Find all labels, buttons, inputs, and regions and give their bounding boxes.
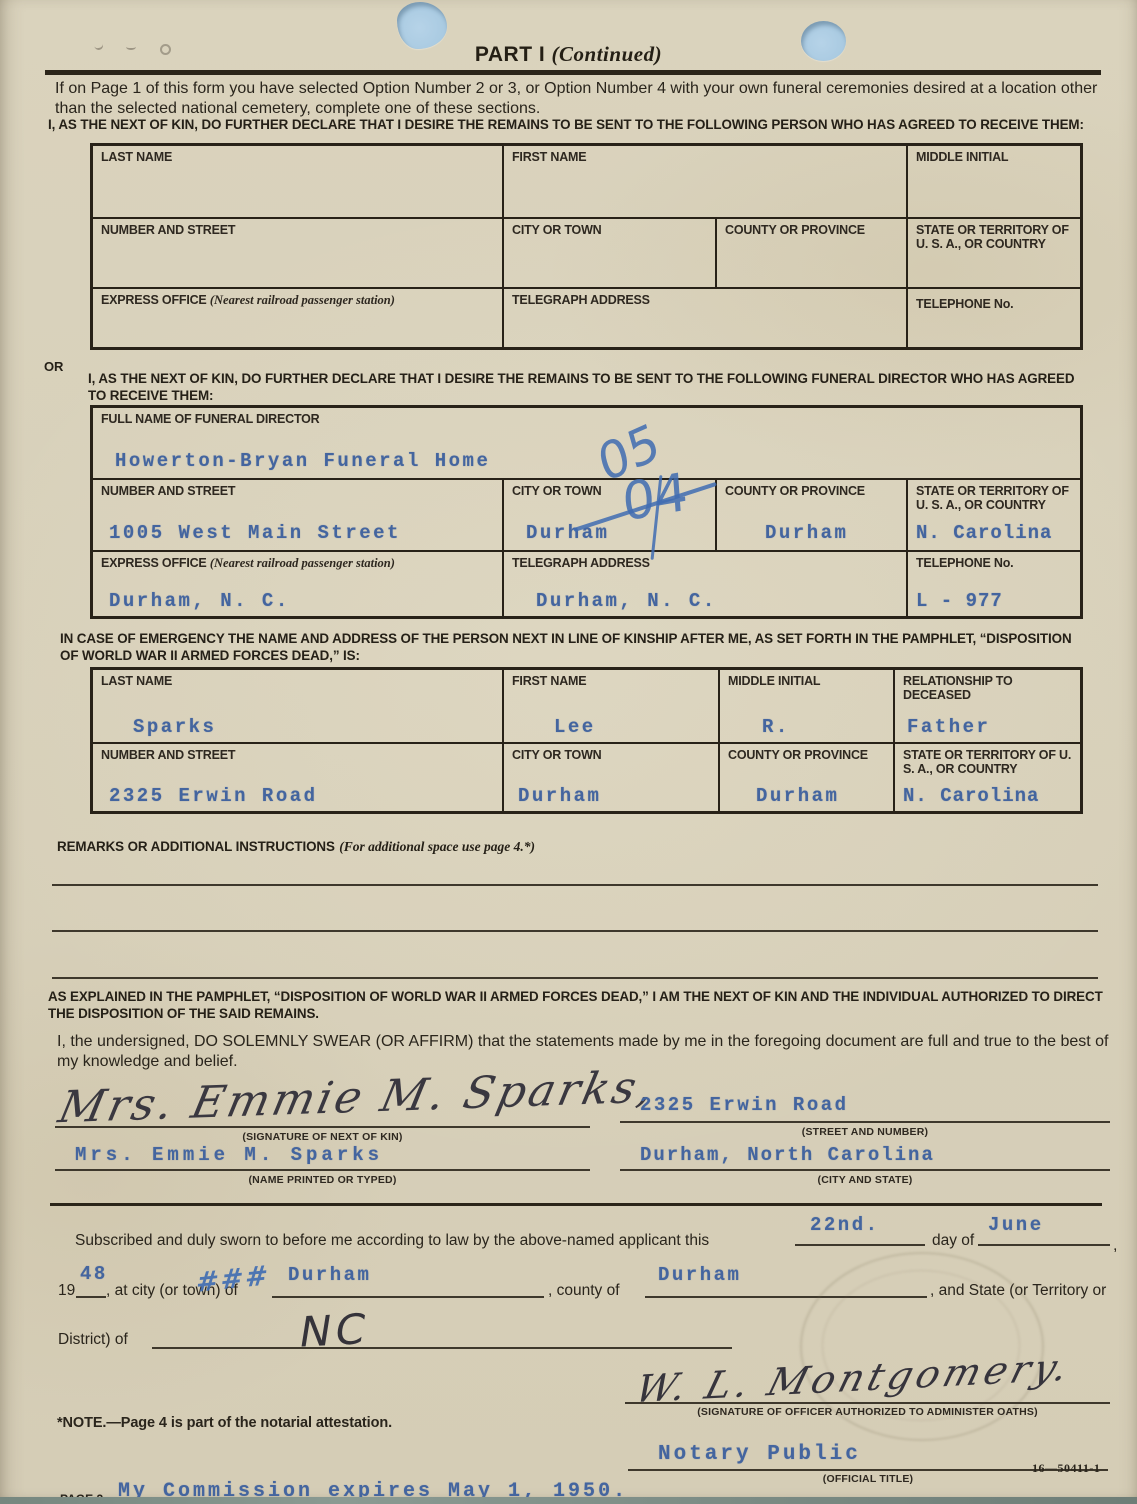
scanned-form-page: PART I (Continued) If on Page 1 of this …	[0, 0, 1137, 1504]
notary-county-value: Durham	[658, 1264, 741, 1286]
section-rule	[50, 1203, 1102, 1206]
city-line	[620, 1169, 1110, 1171]
last-name-label: LAST NAME	[101, 151, 494, 165]
next-of-kin-signature: Mrs. Emmie M. Sparks,	[54, 1062, 661, 1134]
year-line	[76, 1296, 106, 1298]
county-province-label: COUNTY OR PROVINCE	[725, 485, 898, 499]
day-value: 22nd.	[810, 1214, 880, 1236]
official-title-value: Notary Public	[658, 1443, 861, 1466]
street-caption: (STREET AND NUMBER)	[620, 1126, 1110, 1138]
relationship-label: RELATIONSHIP TO DECEASED	[903, 675, 1023, 702]
number-street-label: NUMBER AND STREET	[101, 485, 494, 499]
declaration-director: I, AS THE NEXT OF KIN, DO FURTHER DECLAR…	[88, 371, 1090, 404]
kin-city-value: Durham	[512, 785, 710, 807]
express-office-note: (Nearest railroad passenger station)	[210, 293, 395, 307]
remarks-line	[52, 930, 1098, 932]
remarks-line	[52, 977, 1098, 979]
or-label: OR	[44, 359, 63, 376]
name-line	[55, 1169, 590, 1171]
day-line	[795, 1244, 925, 1246]
month-value: June	[988, 1214, 1044, 1236]
form-number: 16—50411-1	[1032, 1461, 1100, 1476]
kin-street-value: 2325 Erwin Road	[101, 785, 494, 807]
director-state-value: N. Carolina	[916, 522, 1072, 546]
town-scribble: ###	[195, 1260, 271, 1299]
district-label-text: District) of	[58, 1330, 128, 1350]
note-text: *NOTE.—Page 4 is part of the notarial at…	[57, 1415, 392, 1431]
explained-paragraph: AS EXPLAINED IN THE PAMPHLET, “DISPOSITI…	[48, 989, 1126, 1022]
telephone-label: TELEPHONE No.	[916, 298, 1072, 312]
express-office-label: EXPRESS OFFICE (Nearest railroad passeng…	[101, 557, 494, 571]
director-street-value: 1005 West Main Street	[101, 522, 494, 546]
express-office-label: EXPRESS OFFICE (Nearest railroad passeng…	[101, 294, 494, 308]
notary-city-line	[272, 1296, 544, 1298]
officer-line	[625, 1402, 1110, 1404]
director-express-value: Durham, N. C.	[101, 590, 494, 612]
middle-initial-label: MIDDLE INITIAL	[916, 151, 1072, 165]
recipient-person-table: LAST NAME FIRST NAME MIDDLE INITIAL NUMB…	[90, 143, 1083, 350]
director-county-value: Durham	[725, 522, 898, 546]
first-name-label: FIRST NAME	[512, 151, 898, 165]
officer-caption: (SIGNATURE OF OFFICER AUTHORIZED TO ADMI…	[625, 1406, 1110, 1418]
year-prefix: 19	[58, 1281, 75, 1301]
signature-line	[55, 1126, 590, 1128]
continued-label: (Continued)	[552, 42, 663, 66]
funeral-director-table: FULL NAME OF FUNERAL DIRECTOR Howerton-B…	[90, 405, 1083, 619]
month-line	[978, 1244, 1110, 1246]
state-territory-label: STATE OR TERRITORY OF U. S. A., OR COUNT…	[903, 749, 1072, 776]
kin-state-value: N. Carolina	[903, 785, 1072, 807]
signature-caption: (SIGNATURE OF NEXT OF KIN)	[55, 1131, 590, 1143]
year-value: 48	[80, 1263, 108, 1285]
district-handwritten: NC	[296, 1304, 373, 1357]
header-rule	[45, 70, 1101, 75]
kin-middle-initial-value: R.	[728, 716, 885, 738]
director-telegraph-value: Durham, N. C.	[512, 590, 898, 612]
state-territory-label: STATE OR TERRITORY OF U. S. A., OR COUNT…	[916, 224, 1072, 251]
city-caption: (CITY AND STATE)	[620, 1174, 1110, 1186]
director-city-value: Durham	[512, 522, 707, 546]
declaration-person: I, AS THE NEXT OF KIN, DO FURTHER DECLAR…	[48, 117, 1126, 134]
day-of-text: day of	[932, 1231, 974, 1251]
city-town-label: CITY OR TOWN	[512, 224, 707, 238]
express-office-note: (Nearest railroad passenger station)	[210, 556, 395, 570]
county-province-label: COUNTY OR PROVINCE	[728, 749, 885, 763]
intro-paragraph: If on Page 1 of this form you have selec…	[55, 79, 1118, 118]
name-typed-value: Mrs. Emmie M. Sparks	[75, 1144, 383, 1166]
telegraph-label: TELEGRAPH ADDRESS	[512, 557, 898, 571]
telegraph-label: TELEGRAPH ADDRESS	[512, 294, 898, 308]
first-name-label: FIRST NAME	[512, 675, 710, 689]
street-line	[620, 1121, 1110, 1123]
state-territory-label: STATE OR TERRITORY OF U. S. A., OR COUNT…	[916, 485, 1072, 512]
director-telephone-value: L - 977	[916, 590, 1072, 612]
page-title: PART I (Continued)	[0, 42, 1137, 67]
city-typed-value: Durham, North Carolina	[640, 1144, 935, 1166]
county-label-text: , county of	[548, 1281, 620, 1301]
full-name-director-label: FULL NAME OF FUNERAL DIRECTOR	[101, 413, 1072, 427]
county-province-label: COUNTY OR PROVINCE	[725, 224, 898, 238]
name-caption: (NAME PRINTED OR TYPED)	[55, 1174, 590, 1186]
kin-last-name-value: Sparks	[101, 716, 494, 738]
city-town-label: CITY OR TOWN	[512, 749, 710, 763]
street-value: 2325 Erwin Road	[640, 1094, 849, 1116]
number-street-label: NUMBER AND STREET	[101, 224, 494, 238]
telephone-label: TELEPHONE No.	[916, 557, 1072, 571]
kin-relationship-value: Father	[903, 716, 1072, 738]
subscribed-text: Subscribed and duly sworn to before me a…	[75, 1231, 709, 1251]
kin-first-name-value: Lee	[512, 716, 710, 738]
number-street-label: NUMBER AND STREET	[101, 749, 494, 763]
director-full-name-value: Howerton-Bryan Funeral Home	[101, 450, 1072, 474]
remarks-line	[52, 884, 1098, 886]
last-name-label: LAST NAME	[101, 675, 494, 689]
notary-city-value: Durham	[288, 1264, 371, 1286]
emergency-declaration: IN CASE OF EMERGENCY THE NAME AND ADDRES…	[60, 631, 1085, 664]
district-line	[152, 1347, 732, 1349]
middle-initial-label: MIDDLE INITIAL	[728, 675, 885, 689]
remarks-label: REMARKS OR ADDITIONAL INSTRUCTIONS (For …	[57, 838, 535, 856]
kin-county-value: Durham	[728, 785, 885, 807]
remarks-note: (For additional space use page 4.*)	[339, 839, 535, 854]
emergency-kin-table: LAST NAME Sparks FIRST NAME Lee MIDDLE I…	[90, 667, 1083, 814]
month-comma: ,	[1113, 1236, 1117, 1256]
scan-edge	[0, 1497, 1137, 1504]
part-label: PART I	[475, 43, 545, 66]
